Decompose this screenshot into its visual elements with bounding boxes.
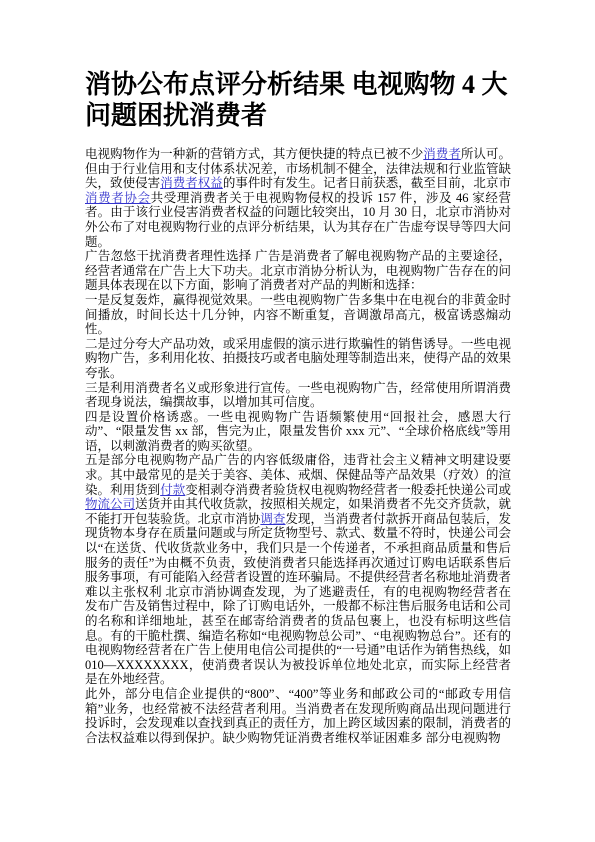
paragraph: 五是部分电视购物产品广告的内容低级庸俗，违背社会主义精神文明建设要求。其中最常见… (85, 453, 511, 687)
text-run: 此外，部分电信企业提供的“800”、“400”等业务和邮政公司的“邮政专用信箱”… (85, 687, 511, 745)
inline-link[interactable]: 物流公司 (85, 497, 135, 511)
text-run: 变相剥夺消费者验货权电视购物经营者一般委托快递公司或 (185, 483, 511, 497)
inline-link[interactable]: 消费者权益 (160, 176, 223, 190)
text-run: 四是设置价格诱惑。一些电视购物广告语频繁使用“回报社会，感恩大行动”、“限量发售… (85, 410, 511, 453)
article-body: 电视购物作为一种新的营销方式，其方便快捷的特点已被不少消费者所认可。但由于行业信… (85, 147, 511, 745)
paragraph: 此外，部分电信企业提供的“800”、“400”等业务和邮政公司的“邮政专用信箱”… (85, 687, 511, 745)
paragraph: 三是利用消费者名义或形象进行宣传。一些电视购物广告，经常使用所谓消费者现身说法，… (85, 381, 511, 410)
paragraph: 一是反复轰炸，赢得视觉效果。一些电视购物广告多集中在电视台的非黄金时间播放，时间… (85, 293, 511, 337)
article-title: 消协公布点评分析结果 电视购物 4 大问题困扰消费者 (85, 69, 511, 131)
paragraph: 广告忽悠干扰消费者理性选择 广告是消费者了解电视购物产品的主要途径，经营者通常在… (85, 249, 511, 293)
paragraph: 电视购物作为一种新的营销方式，其方便快捷的特点已被不少消费者所认可。但由于行业信… (85, 147, 511, 249)
inline-link[interactable]: 消费者协会 (85, 191, 151, 205)
text-run: 二是过分夸大产品功效，或采用虚假的演示进行欺骗性的销售诱导。一些电视购物广告，多… (85, 337, 511, 380)
page-content: 消协公布点评分析结果 电视购物 4 大问题困扰消费者 电视购物作为一种新的营销方… (85, 69, 511, 745)
text-run: 广告忽悠干扰消费者理性选择 广告是消费者了解电视购物产品的主要途径，经营者通常在… (85, 249, 511, 292)
text-run: 一是反复轰炸，赢得视觉效果。一些电视购物广告多集中在电视台的非黄金时间播放，时间… (85, 293, 511, 336)
text-run: 发现，当消费者付款拆开商品包装后，发现货物本身存在质量问题或与所定货物型号、款式… (85, 512, 511, 687)
inline-link[interactable]: 调查 (260, 512, 285, 526)
inline-link[interactable]: 付款 (160, 483, 185, 497)
paragraph: 二是过分夸大产品功效，或采用虚假的演示进行欺骗性的销售诱导。一些电视购物广告，多… (85, 337, 511, 381)
paragraph: 四是设置价格诱惑。一些电视购物广告语频繁使用“回报社会，感恩大行动”、“限量发售… (85, 410, 511, 454)
text-run: 的事件时有发生。记者日前获悉，截至目前，北京市 (223, 176, 511, 190)
document-page: 消协公布点评分析结果 电视购物 4 大问题困扰消费者 电视购物作为一种新的营销方… (0, 0, 595, 842)
text-run: 三是利用消费者名义或形象进行宣传。一些电视购物广告，经常使用所谓消费者现身说法，… (85, 381, 511, 410)
text-run: 电视购物作为一种新的营销方式，其方便快捷的特点已被不少 (85, 147, 423, 161)
inline-link[interactable]: 消费者 (423, 147, 461, 161)
